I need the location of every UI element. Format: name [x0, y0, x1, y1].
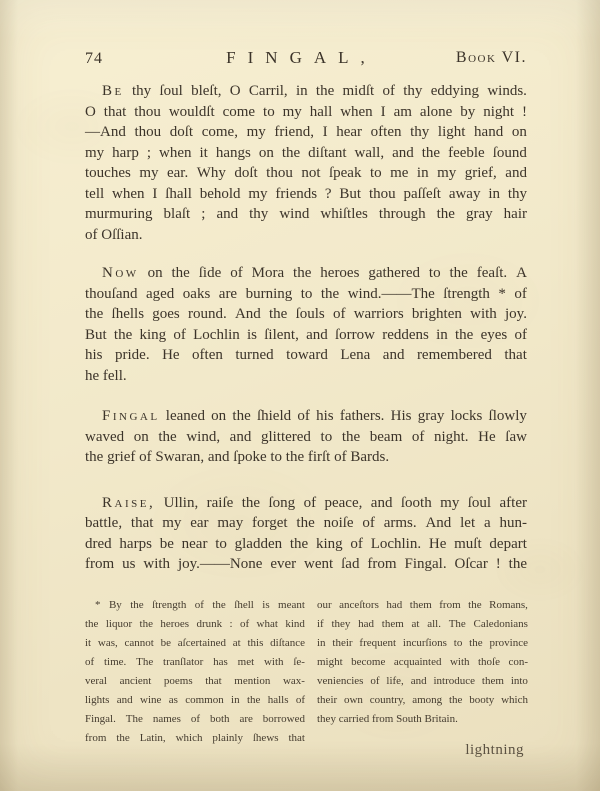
- word: that: [504, 345, 527, 366]
- word: I: [381, 102, 386, 123]
- word: with: [143, 554, 170, 575]
- word: come: [223, 102, 255, 123]
- text-line: they carried from South Britain.: [317, 710, 528, 729]
- word: He: [478, 427, 496, 448]
- word: that: [131, 513, 154, 534]
- word: O: [85, 102, 96, 123]
- word: of: [240, 615, 249, 634]
- word: that: [205, 672, 222, 691]
- word: Fingal.: [404, 554, 446, 575]
- word: Why: [197, 163, 226, 184]
- word: from: [85, 554, 114, 575]
- word: them: [382, 615, 404, 634]
- word: the: [247, 691, 260, 710]
- word: country,: [370, 691, 406, 710]
- word: thy: [249, 204, 268, 225]
- word: what: [257, 615, 278, 634]
- word: the: [172, 263, 190, 284]
- word: the: [140, 615, 153, 634]
- page-header: 74 FINGAL, Book VI.: [85, 48, 527, 70]
- text-line: OthatthouwouldſtcometomyhallwhenIamalone…: [85, 102, 527, 123]
- word: wine: [140, 691, 161, 710]
- word: his: [85, 345, 103, 366]
- word: this: [248, 634, 264, 653]
- text-line: Fingal.Thenamesofbothareborrowed: [85, 710, 305, 729]
- word: ſpeak: [329, 163, 361, 184]
- word: peace,: [324, 493, 362, 514]
- word: often: [192, 345, 223, 366]
- text-line: the grief of Swaran, and ſpoke to the fi…: [85, 447, 527, 468]
- word: Oſcar: [455, 554, 488, 575]
- word: *: [95, 596, 101, 615]
- word: thy: [410, 122, 429, 143]
- text-line: lightsandwineascommoninthehallsof: [85, 691, 305, 710]
- word: when: [159, 143, 192, 164]
- word: halls: [268, 691, 289, 710]
- word: the: [469, 634, 482, 653]
- word: O: [230, 81, 241, 102]
- word: in: [488, 184, 500, 205]
- word: in: [231, 691, 240, 710]
- word: paſſeſt: [403, 184, 441, 205]
- word: doſt: [170, 122, 193, 143]
- word: had: [358, 615, 374, 634]
- word: often: [371, 122, 402, 143]
- word: the: [130, 596, 143, 615]
- word: are: [239, 710, 252, 729]
- word: ſhield: [257, 406, 291, 427]
- text-line: oftime.Thetranſlatorhasmetwithſe-: [85, 653, 305, 672]
- word: mention: [234, 672, 270, 691]
- word: acquainted: [394, 653, 442, 672]
- word: to: [370, 163, 382, 184]
- word: me: [390, 163, 408, 184]
- word: on: [211, 406, 226, 427]
- word: ſilent,: [264, 325, 299, 346]
- word: thou: [134, 122, 161, 143]
- word: on: [259, 143, 274, 164]
- word: Latin,: [140, 729, 166, 748]
- word: murmuring: [85, 204, 153, 225]
- paragraph: Bethyſoulbleſt,OCarril,inthemidſtofthyed…: [85, 81, 527, 245]
- word: of: [370, 672, 379, 691]
- word: ſtrength: [443, 284, 490, 305]
- word: it: [85, 634, 91, 653]
- word: near: [182, 534, 208, 555]
- word: hangs: [216, 143, 251, 164]
- word: goes: [152, 304, 180, 325]
- word: battle,: [85, 513, 122, 534]
- word: the: [158, 427, 176, 448]
- word: his: [316, 406, 334, 427]
- word: my: [85, 143, 104, 164]
- word: glittered: [261, 427, 311, 448]
- paragraph-lead: Be: [102, 81, 124, 102]
- text-line: dredharpsbeneartogladdenthekingofLochlin…: [85, 534, 527, 555]
- word: ſide: [199, 263, 222, 284]
- word: are: [219, 284, 237, 305]
- word: if: [317, 615, 324, 634]
- text-line: theirowncountry,amongthebootywhich: [317, 691, 528, 710]
- book-label: Book VI.: [456, 49, 527, 67]
- word: waved: [85, 427, 124, 448]
- word: Lochlin: [193, 325, 240, 346]
- word: heroes: [160, 615, 189, 634]
- word: ſtrength: [152, 596, 186, 615]
- word: of: [514, 284, 527, 305]
- word: that: [104, 102, 127, 123]
- word: in: [417, 163, 429, 184]
- word: But: [85, 325, 107, 346]
- word: Ullin,: [164, 493, 199, 514]
- word: at: [233, 634, 241, 653]
- word: tell: [85, 184, 104, 205]
- word: the: [85, 615, 98, 634]
- word: ſad: [341, 554, 359, 575]
- word: con-: [508, 653, 528, 672]
- paragraph-lead: Raise,: [102, 493, 155, 514]
- word: had: [386, 596, 402, 615]
- word: ſaw: [505, 427, 527, 448]
- text-line: theſhellsgoesround.Andtheſoulsofwarriors…: [85, 304, 527, 325]
- word: names: [153, 710, 181, 729]
- word: thoſe: [478, 653, 500, 672]
- word: By: [109, 596, 122, 615]
- text-line: wavedonthewind,andglitteredtothebeamofni…: [85, 427, 527, 448]
- word: wouldſt: [169, 102, 215, 123]
- word: The: [126, 710, 143, 729]
- word: that: [288, 729, 305, 748]
- word: which: [176, 729, 203, 748]
- word: it: [200, 143, 208, 164]
- word: the: [468, 596, 481, 615]
- word: to: [215, 534, 227, 555]
- word: away: [449, 184, 481, 205]
- text-line: touchesmyear.Whydoſtthounotſpeaktomeinmy…: [85, 163, 527, 184]
- word: hear: [336, 122, 362, 143]
- word: province: [489, 634, 527, 653]
- word: The: [136, 653, 153, 672]
- word: all.: [427, 615, 441, 634]
- word: behold: [200, 184, 241, 205]
- text-line: ouranceſtorshadthemfromtheRomans,: [317, 596, 528, 615]
- word: wax-: [283, 672, 305, 691]
- word: of: [195, 596, 204, 615]
- word: life,: [386, 672, 403, 691]
- word: from: [367, 554, 396, 575]
- word: His: [391, 406, 412, 427]
- word: veniencies: [317, 672, 363, 691]
- word: blaſt: [164, 204, 191, 225]
- word: ſhall: [165, 184, 192, 205]
- word: But: [339, 184, 361, 205]
- word: my: [139, 163, 158, 184]
- word: the: [296, 513, 314, 534]
- word: my: [162, 513, 181, 534]
- word: on: [148, 263, 163, 284]
- word: king: [316, 534, 343, 555]
- word: Romans,: [489, 596, 528, 615]
- text-line: Fingalleanedontheſhieldofhisfathers.Hisg…: [85, 406, 527, 427]
- word: And: [425, 513, 451, 534]
- word: plainly: [212, 729, 243, 748]
- word: of: [85, 653, 94, 672]
- word: ?: [325, 184, 332, 205]
- word: from: [85, 729, 106, 748]
- word: and: [505, 163, 527, 184]
- word: a: [484, 513, 491, 534]
- word: midſt: [343, 81, 375, 102]
- page-number: 74: [85, 50, 103, 68]
- word: to: [301, 284, 313, 305]
- word: hun-: [499, 513, 527, 534]
- word: my: [440, 493, 459, 514]
- word: both: [210, 710, 230, 729]
- word: remembered: [417, 345, 492, 366]
- word: ſouls: [296, 304, 325, 325]
- word: ſlowly: [489, 406, 527, 427]
- word: and: [216, 204, 238, 225]
- catchword: lightning: [465, 742, 524, 759]
- word: gladden: [235, 534, 282, 555]
- word: went: [304, 554, 333, 575]
- word: tranſlator: [163, 653, 203, 672]
- word: in: [317, 634, 326, 653]
- word: thouſand: [85, 284, 138, 305]
- word: ſhews: [253, 729, 279, 748]
- text-line: murmuringblaſt;andthywindwhiſtlesthrough…: [85, 204, 527, 225]
- word: of: [514, 325, 527, 346]
- word: the: [282, 143, 300, 164]
- paragraph-lead: Fingal: [102, 406, 160, 427]
- book-page: 74 FINGAL, Book VI. Bethyſoulbleſt,OCarr…: [0, 0, 600, 791]
- text-line: itwas,cannotbeaſcertainedatthisdiſtance: [85, 634, 305, 653]
- word: reddens: [382, 325, 429, 346]
- word: feeble: [448, 143, 485, 164]
- word: drunk: [196, 615, 222, 634]
- word: king: [139, 325, 166, 346]
- text-line: myharp;whenithangsonthediſtantwall,andth…: [85, 143, 527, 164]
- word: night: [483, 102, 514, 123]
- word: them: [410, 596, 432, 615]
- word: is: [247, 325, 257, 346]
- word: The: [449, 615, 466, 634]
- word: from: [439, 596, 460, 615]
- text-line: fromuswithjoy.——NoneeverwentſadfromFinga…: [85, 554, 527, 575]
- text-line: veralancientpoemsthatmentionwax-: [85, 672, 305, 691]
- word: the: [232, 406, 250, 427]
- word: of: [230, 263, 243, 284]
- word: burning: [246, 284, 293, 305]
- word: met: [238, 653, 255, 672]
- word: turned: [235, 345, 273, 366]
- word: and: [383, 345, 405, 366]
- word: the: [290, 534, 308, 555]
- word: they: [331, 615, 350, 634]
- word: which: [501, 691, 528, 710]
- word: veral: [85, 672, 107, 691]
- word: with: [264, 653, 284, 672]
- word: the: [342, 427, 360, 448]
- word: ear.: [167, 163, 188, 184]
- word: may: [217, 513, 243, 534]
- word: meant: [278, 596, 305, 615]
- word: forget: [252, 513, 288, 534]
- word: the: [437, 204, 455, 225]
- word: and: [411, 672, 427, 691]
- word: their: [317, 691, 337, 710]
- word: ſhells: [112, 304, 145, 325]
- word: when: [340, 102, 373, 123]
- word: Carril,: [249, 81, 288, 102]
- word: I: [152, 184, 157, 205]
- word: and: [306, 325, 328, 346]
- word: !: [522, 102, 527, 123]
- word: cannot: [125, 634, 154, 653]
- word: the: [114, 325, 132, 346]
- word: with: [450, 653, 470, 672]
- word: own: [344, 691, 363, 710]
- word: ;: [201, 204, 205, 225]
- text-line: hispride.HeoftenturnedtowardLenaandremem…: [85, 345, 527, 366]
- word: ancient: [120, 672, 152, 691]
- word: He: [429, 534, 447, 555]
- word: A: [516, 263, 527, 284]
- word: harps: [119, 534, 152, 555]
- word: was,: [98, 634, 118, 653]
- word: diſtant: [308, 143, 346, 164]
- word: Caledonians: [474, 615, 528, 634]
- word: gray: [466, 204, 493, 225]
- word: introduce: [433, 672, 475, 691]
- text-line: theliquortheheroesdrunk:ofwhatkind: [85, 615, 305, 634]
- word: joy.: [505, 304, 527, 325]
- text-line: NowontheſideofMoratheheroesgatheredtothe…: [85, 263, 527, 284]
- word: my: [437, 163, 456, 184]
- word: Lena: [340, 345, 370, 366]
- word: beam: [370, 427, 402, 448]
- word: ſoul: [159, 81, 182, 102]
- footnote-right-column: ouranceſtorshadthemfromtheRomans,iftheyh…: [317, 596, 528, 729]
- word: with: [470, 304, 497, 325]
- text-line: venienciesoflife,andintroducetheminto: [317, 672, 528, 691]
- word: the: [116, 729, 129, 748]
- word: at: [412, 615, 420, 634]
- word: wind.——The: [348, 284, 435, 305]
- word: eyes: [481, 325, 508, 346]
- word: of: [350, 534, 363, 555]
- word: incurſions: [403, 634, 447, 653]
- word: gray: [418, 406, 445, 427]
- word: of: [362, 513, 375, 534]
- word: borrowed: [263, 710, 305, 729]
- word: ever: [270, 554, 296, 575]
- word: thy: [403, 81, 422, 102]
- word: warriors: [354, 304, 404, 325]
- word: feaſt.: [477, 263, 507, 284]
- word: arms.: [384, 513, 417, 534]
- word: on: [512, 122, 527, 143]
- paragraph-lead: Now: [102, 263, 139, 284]
- word: friends: [275, 184, 317, 205]
- word: them: [482, 672, 504, 691]
- word: be: [161, 634, 171, 653]
- text-line: intheirfrequentincurſionstotheprovince: [317, 634, 528, 653]
- word: ſhell: [234, 596, 254, 615]
- word: when: [112, 184, 145, 205]
- paragraph: NowontheſideofMoratheheroesgatheredtothe…: [85, 263, 527, 386]
- word: to: [429, 263, 441, 284]
- word: gathered: [368, 263, 420, 284]
- word: ſong: [268, 493, 295, 514]
- word: hall: [310, 102, 333, 123]
- word: the: [321, 284, 339, 305]
- word: —And: [85, 122, 126, 143]
- word: diſtance: [270, 634, 305, 653]
- word: leaned: [166, 406, 205, 427]
- running-title: FINGAL,: [226, 48, 377, 68]
- text-line: of Oſſian.: [85, 225, 527, 246]
- word: to: [454, 634, 463, 653]
- word: the: [449, 691, 462, 710]
- word: brighten: [412, 304, 462, 325]
- word: into: [511, 672, 528, 691]
- word: light: [438, 122, 466, 143]
- text-line: *Bytheſtrengthoftheſhellismeant: [85, 596, 305, 615]
- word: hair: [504, 204, 527, 225]
- word: wind: [279, 204, 309, 225]
- word: my: [283, 102, 302, 123]
- word: muſt: [454, 534, 482, 555]
- word: liquor: [106, 615, 132, 634]
- word: of: [191, 710, 200, 729]
- word: time.: [104, 653, 126, 672]
- word: aſcertained: [178, 634, 226, 653]
- word: the: [455, 325, 473, 346]
- word: through: [379, 204, 426, 225]
- word: to: [263, 102, 275, 123]
- word: let: [460, 513, 475, 534]
- word: of: [304, 493, 317, 514]
- word: wind,: [186, 427, 220, 448]
- word: and: [392, 143, 414, 164]
- text-line: Raise,Ullin,raiſetheſongofpeace,andſooth…: [85, 493, 527, 514]
- word: anceſtors: [339, 596, 379, 615]
- word: of: [296, 691, 305, 710]
- word: raiſe: [207, 493, 234, 514]
- word: depart: [489, 534, 526, 555]
- word: alone: [420, 102, 452, 123]
- word: of: [173, 325, 186, 346]
- word: might: [317, 653, 343, 672]
- word: dred: [85, 534, 112, 555]
- word: booty: [469, 691, 494, 710]
- word: common: [185, 691, 224, 710]
- paragraph: Raise,Ullin,raiſetheſongofpeace,andſooth…: [85, 493, 527, 575]
- word: pride.: [115, 345, 150, 366]
- word: harp: [112, 143, 139, 164]
- word: the: [85, 304, 103, 325]
- word: :: [230, 615, 233, 634]
- word: the: [293, 263, 311, 284]
- word: is: [262, 596, 269, 615]
- word: winds.: [487, 81, 527, 102]
- text-line: he fell.: [85, 366, 527, 387]
- word: *: [498, 284, 506, 305]
- word: kind: [285, 615, 305, 634]
- word: heroes: [320, 263, 359, 284]
- text-line: thouſandagedoaksareburningtothewind.——Th…: [85, 284, 527, 305]
